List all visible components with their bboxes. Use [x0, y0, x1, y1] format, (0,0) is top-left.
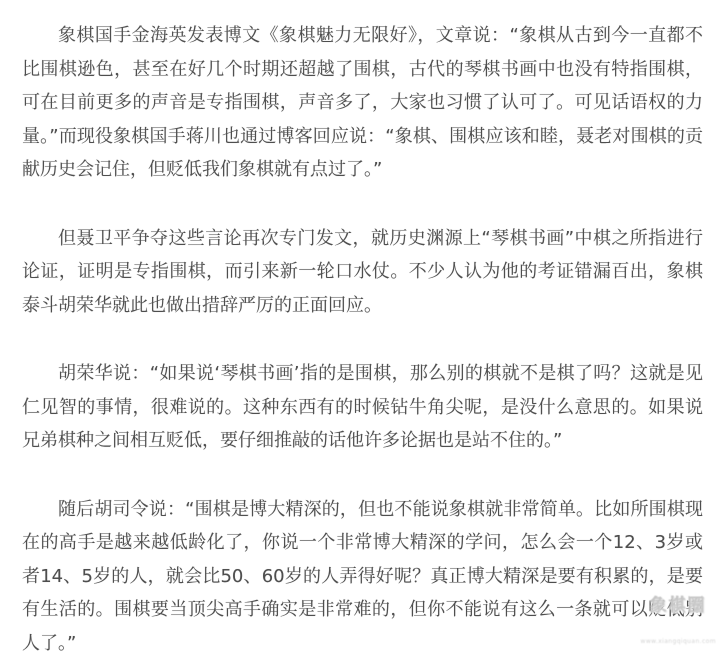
watermark-url-text: www.xiangqiquan.com: [641, 625, 716, 659]
paragraph-husiling-quote: 随后胡司令说：“围棋是博大精深的，但也不能说象棋就非常简单。比如所围棋现在的高手…: [22, 493, 703, 661]
watermark-brand-text: 象棋圈: [641, 590, 716, 624]
watermark: 象棋圈 www.xiangqiquan.com: [641, 590, 716, 658]
paragraph-jinhaiying-quote: 象棋国手金海英发表博文《象棋魅力无限好》，文章说：“象棋从古到今一直都不比围棋逊…: [22, 19, 703, 187]
article-page: 象棋国手金海英发表博文《象棋魅力无限好》，文章说：“象棋从古到今一直都不比围棋逊…: [0, 0, 724, 662]
paragraph-nieweiping-rebuttal: 但聂卫平争夺这些言论再次专门发文，就历史渊源上“琴棋书画”中棋之所指进行论证，证…: [22, 222, 703, 323]
paragraph-huronghua-quote: 胡荣华说：“如果说‘琴棋书画’指的是围棋，那么别的棋就不是棋了吗？这就是见仁见智…: [22, 357, 703, 458]
